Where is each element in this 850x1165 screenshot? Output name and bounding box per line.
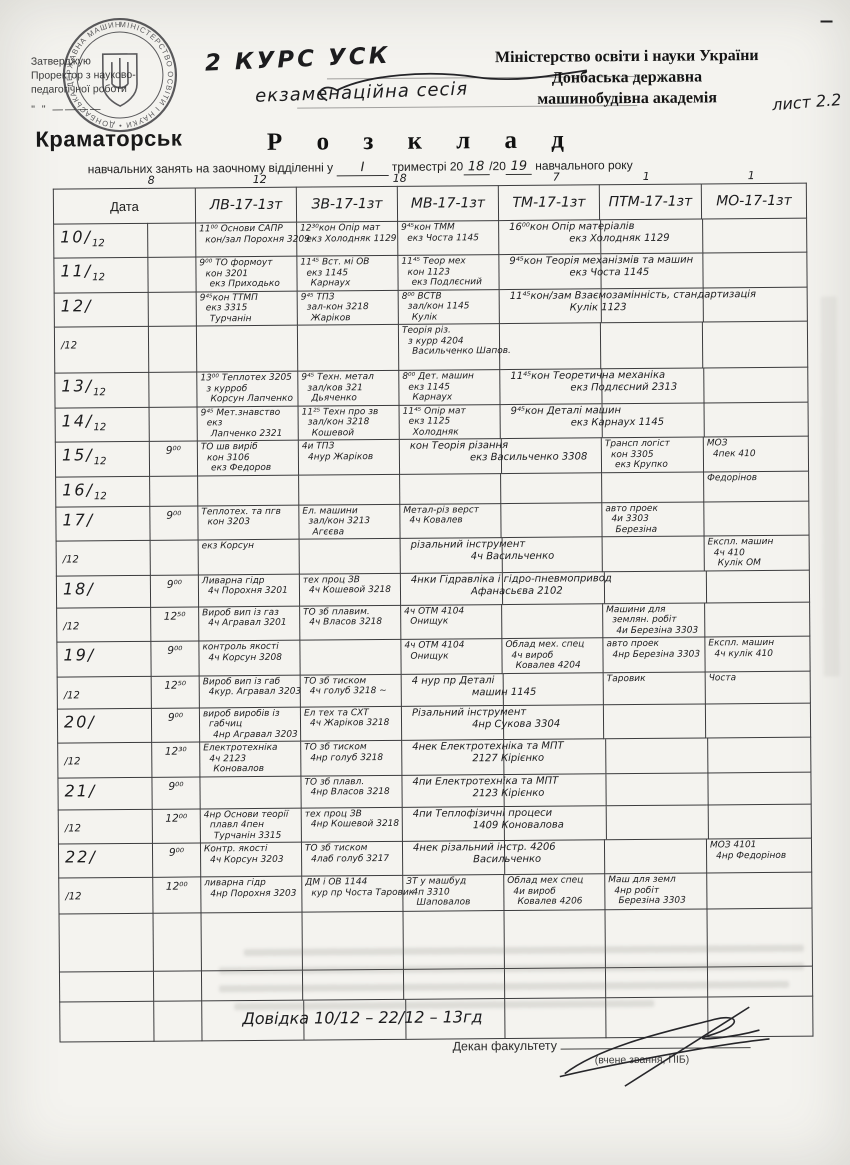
- ministry-block: Міністерство освіти і науки України Донб…: [427, 44, 827, 110]
- time-cell: [148, 291, 196, 326]
- date-cell: 21/: [58, 777, 152, 810]
- date-cell: /12: [57, 607, 151, 642]
- schedule-row: 17/9⁰⁰Теплотех. та пгвкон 3203Ел. машини…: [56, 501, 809, 541]
- schedule-cell: [502, 603, 603, 638]
- schedule-cell: Таровик: [603, 671, 705, 704]
- schedule-cell: [200, 776, 301, 809]
- schedule-cell: різальний інструмент4ч Васильченко: [400, 537, 602, 573]
- bleed-through-margin: [821, 296, 840, 676]
- date-cell: /12: [54, 326, 148, 373]
- schedule-cell: 9⁴⁵ Техн. металзал/ков 321Дьяченко: [298, 370, 399, 405]
- scanned-schedule-page: Затверджую Проректор з науково- педагогі…: [0, 0, 850, 1165]
- schedule-table: Дата ЛВ-17-1зтЗВ-17-1зтМВ-17-1зтТМ-17-1з…: [53, 183, 814, 1043]
- schedule-cell: Експл. машин4ч 410Кулік ОМ: [704, 535, 809, 570]
- schedule-cell: [605, 909, 707, 968]
- schedule-cell: Чоста: [705, 671, 810, 704]
- schedule-cell: [705, 602, 810, 637]
- schedule-cell: Електротехніка4ч 2123Коновалов: [200, 741, 301, 776]
- schedule-row: 15/129⁰⁰ТО шв вирібкон 3106екз Федоров4и…: [55, 436, 808, 476]
- schedule-cell: [302, 911, 403, 970]
- schedule-cell: [501, 502, 602, 537]
- schedule-cell: [201, 912, 302, 971]
- group-count-mark: 12: [253, 173, 267, 186]
- year1-blank: 18: [463, 159, 489, 175]
- schedule-cell: Вироб вип із газ4ч Агравал 3201: [199, 606, 300, 641]
- schedule-cell: [704, 501, 809, 536]
- time-cell: 12⁵⁰: [151, 675, 199, 707]
- schedule-cell: Метал-різ верст4ч Ковалев: [400, 503, 501, 538]
- schedule-cell: ливарна гідр4нр Порохня 3203: [201, 876, 302, 913]
- schedule-cell: 4 нур пр Деталімашин 1145: [401, 672, 603, 706]
- time-cell: 9⁰⁰: [152, 843, 200, 877]
- trimester-blank: І: [336, 160, 388, 176]
- dean-label: Декан факультету: [453, 1039, 557, 1054]
- schedule-cell: Експл. машин4ч кулік 410: [705, 636, 810, 671]
- schedule-cell: [198, 475, 299, 506]
- schedule-cell: тех проц ЗВ4нр Кошевой 3218: [301, 807, 402, 842]
- schedule-cell: 13⁰⁰ Теплотех 3205з курробКорсун Лапченк…: [197, 371, 298, 406]
- date-cell: 20/: [57, 708, 151, 743]
- schedule-cell: 11⁴⁵ Вст. мі ОВекз 1145Карнаух: [297, 255, 398, 290]
- schedule-cell: 9⁴⁵кон ТТМПекз 3315Турчанін: [196, 291, 297, 326]
- schedule-cell: Федорінов: [704, 471, 809, 502]
- schedule-cell: Облад мех спец4и виробКовалев 4206: [504, 874, 605, 911]
- group-column-header: ТМ-17-1зт: [498, 185, 599, 221]
- schedule-cell: 4ч ОТМ 4104Онищук: [401, 604, 502, 639]
- schedule-cell: [705, 703, 810, 738]
- group-column-header: МВ-17-1зт: [397, 186, 498, 222]
- schedule-cell: [501, 472, 602, 503]
- time-cell: 9⁰⁰: [151, 641, 199, 676]
- date-cell: /12: [58, 742, 152, 777]
- schedule-cell: 11²⁵ Техн про звзал/кон 3218Кошевой: [298, 405, 399, 440]
- schedule-cell: 9⁴⁵кон Теорія механізмів та машинекз Чос…: [499, 252, 807, 289]
- schedule-row: 19/9⁰⁰контроль якості4ч Корсун 32084ч ОТ…: [57, 636, 810, 676]
- schedule-cell: 8⁰⁰ ВСТВзал/кон 1145Кулік: [398, 289, 499, 324]
- group-column-header: ЛВ-17-1зт: [195, 187, 296, 223]
- schedule-cell: 11⁴⁵кон/зам Взаємозамінність, стандартиз…: [499, 287, 807, 324]
- schedule-cell: 4пи Теплофізичні процеси1409 Коновалова: [402, 804, 811, 842]
- schedule-cell: [297, 324, 398, 371]
- schedule-row: /12екз Корсунрізальний інструмент4ч Васи…: [56, 535, 809, 575]
- schedule-cell: МОЗ 41014нр Федорінов: [706, 838, 811, 873]
- schedule-cell: 11⁴⁵ Теор мехкон 1123екз Подлєсний: [398, 255, 499, 290]
- svg-text:МІНІСТЕРСТВО ОСВІТИ І НАУКИ •: МІНІСТЕРСТВО ОСВІТИ І НАУКИ • ДОНБАСЬКА …: [51, 3, 176, 131]
- schedule-cell: авто проек4нр Березіна 3303: [603, 637, 705, 672]
- schedule-cell: ДМ і ОВ 1144кур пр Чоста Таровик: [302, 875, 403, 912]
- schedule-cell: ТО зб плавл.4нр Власов 3218: [301, 775, 402, 808]
- schedule-cell: Маш для земл4нр робітБерезіна 3303: [605, 873, 707, 910]
- schedule-cell: Ел. машинизал/кон 3213Агєєва: [299, 504, 400, 539]
- schedule-row: 14/129⁴⁵ Мет.знавствоекзЛапченко 232111²…: [55, 402, 808, 442]
- date-cell: 18/: [56, 575, 150, 608]
- schedule-row: 11/129⁰⁰ ТО формоуткон 3201екз Приходько…: [54, 252, 807, 292]
- time-cell: 9⁰⁰: [150, 505, 198, 540]
- schedule-cell: 8⁰⁰ Дет. машинекз 1145Карнаух: [399, 370, 500, 405]
- schedule-cell: 9⁰⁰ ТО формоуткон 3201екз Приходько: [196, 256, 297, 291]
- date-cell: 19/: [57, 641, 151, 676]
- group-count-mark: 1: [643, 170, 650, 183]
- schedule-cell: вироб виробів ізгабчиц4нр Агравал 3203: [199, 707, 300, 742]
- schedule-cell: кон Теорія різанняекз Васильченко 3308: [399, 438, 601, 474]
- schedule-cell: авто проек4и 3303Березіна: [602, 501, 704, 536]
- schedule-cell: Ливарна гідр4ч Порохня 3201: [198, 574, 299, 607]
- schedule-cell: [602, 536, 704, 571]
- page-corner-mark: [821, 20, 833, 22]
- schedule-table-wrap: Дата ЛВ-17-1зтЗВ-17-1зтМВ-17-1зтТМ-17-1з…: [53, 183, 813, 1043]
- schedule-cell: 4и ТПЗ4нур Жаріков: [298, 439, 399, 474]
- schedule-cell: 4нек Електротехніка та МПТ2127 Кірієнко: [402, 737, 811, 775]
- schedule-cell: 4нки Гідравліка і гідро-пневмоприводАфан…: [400, 570, 809, 605]
- date-cell: [59, 913, 153, 972]
- date-cell: 14/12: [55, 407, 149, 442]
- academy-round-stamp-icon: МІНІСТЕРСТВО ОСВІТИ І НАУКИ • ДОНБАСЬКА …: [54, 10, 185, 141]
- schedule-cell: Трансп логісткон 3305екз Крупко: [601, 437, 703, 472]
- schedule-cell: Теорія різ.з курр 4204Васильченко Шапов.: [398, 324, 499, 371]
- schedule-cell: [707, 872, 812, 909]
- date-cell: 13/12: [55, 372, 149, 407]
- time-cell: 12⁰⁰: [152, 808, 200, 843]
- schedule-cell: 16⁰⁰кон Опір матеріалівекз Холодняк 1129: [499, 218, 807, 254]
- schedule-cell: екз Корсун: [198, 539, 299, 574]
- group-count-mark: 8: [148, 174, 155, 187]
- date-cell: /12: [57, 676, 151, 709]
- group-count-mark: 18: [393, 172, 407, 185]
- date-cell: 10/12: [54, 223, 148, 258]
- schedule-cell: 9⁴⁵ ТПЗзал-кон 3218Жаріков: [297, 290, 398, 325]
- schedule-cell: [600, 322, 702, 369]
- group-column-header: ПТМ-17-1зт: [599, 184, 701, 220]
- date-cell: /12: [58, 809, 152, 844]
- time-cell: [150, 540, 198, 575]
- schedule-row: 12/9⁴⁵кон ТТМПекз 3315Турчанін9⁴⁵ ТПЗзал…: [54, 287, 807, 327]
- schedule-row: 20/9⁰⁰вироб виробів ізгабчиц4нр Агравал …: [57, 703, 810, 743]
- time-cell: [150, 475, 198, 505]
- time-cell: 9⁰⁰: [150, 574, 198, 606]
- date-cell: [60, 1001, 154, 1042]
- schedule-cell: 4пи Електротехніка та МПТ2123 Кірієнко: [402, 772, 811, 807]
- group-column-header: МО-17-1зт: [701, 183, 806, 219]
- schedule-cell: 4нр Основи теоріїплавл 4пенТурчанін 3315: [200, 808, 301, 843]
- date-cell: 12/: [54, 292, 148, 327]
- stamp-ring-text: МІНІСТЕРСТВО ОСВІТИ І НАУКИ • ДОНБАСЬКА …: [51, 3, 176, 131]
- schedule-row: /1212³⁰Електротехніка4ч 2123КоноваловТО …: [58, 737, 811, 777]
- schedule-cell: 12³⁰кон Опір матекз Холодняк 1129: [297, 221, 398, 256]
- group-count-mark: 1: [748, 169, 755, 182]
- schedule-row: [59, 908, 812, 972]
- schedule-cell: контроль якості4ч Корсун 3208: [199, 640, 300, 675]
- schedule-cell: [403, 911, 504, 970]
- schedule-cell: 4нек різальний інстр. 4206Васильченко: [402, 840, 604, 876]
- group-count-mark: 7: [553, 171, 560, 184]
- schedule-cell: [299, 474, 400, 505]
- date-cell: 17/: [56, 506, 150, 541]
- date-cell: [59, 971, 153, 1002]
- schedule-row: /12Теорія різ.з курр 4204Васильченко Шап…: [54, 321, 807, 373]
- schedule-row: /1212⁰⁰ливарна гідр4нр Порохня 3203ДМ і …: [59, 872, 812, 914]
- ministry-line: машинобудівна академія: [427, 86, 827, 110]
- subtitle: навчальних занять на заочному відділенні…: [88, 158, 633, 178]
- time-cell: 9⁰⁰: [152, 776, 200, 808]
- time-cell: 12⁰⁰: [153, 877, 201, 913]
- dean-signature-stroke: [544, 997, 775, 1089]
- schedule-cell: [702, 321, 807, 368]
- schedule-cell: Контр. якості4ч Корсун 3203: [200, 842, 301, 877]
- time-cell: [153, 913, 201, 971]
- time-cell: 12³⁰: [152, 742, 200, 777]
- schedule-cell: Облад мех. спец4ч виробКовалев 4204: [502, 638, 603, 673]
- page-title: Р о з к л а д: [0, 124, 848, 159]
- trident-emblem-icon: [103, 54, 137, 106]
- schedule-cell: 4ч ОТМ 4104Онищук: [401, 639, 502, 674]
- schedule-cell: ТО зб тиском4нр голуб 3218: [301, 740, 402, 775]
- schedule-cell: [707, 908, 812, 967]
- handwritten-sheet-number: лист 2.2: [772, 90, 843, 114]
- time-cell: 9⁰⁰: [149, 441, 197, 476]
- time-cell: 12⁵⁰: [151, 606, 199, 641]
- schedule-row: /1212⁰⁰4нр Основи теоріїплавл 4пенТурчан…: [58, 804, 811, 844]
- schedule-row: 13/1213⁰⁰ Теплотех 3205з курробКорсун Ла…: [55, 367, 808, 407]
- schedule-cell: [299, 538, 400, 573]
- time-cell: [149, 406, 197, 441]
- schedule-cell: 11⁴⁵ Опір матекз 1125Холодняк: [399, 404, 500, 439]
- date-cell: 22/: [58, 843, 152, 878]
- time-cell: [148, 326, 196, 372]
- schedule-cell: Ел тех та СХТ4ч Жаріков 3218: [300, 706, 401, 741]
- schedule-row: /1212⁵⁰Вироб вип із газ4ч Агравал 3201ТО…: [57, 602, 810, 642]
- year2-blank: 19: [506, 159, 532, 175]
- date-column-header: Дата: [53, 188, 195, 224]
- schedule-cell: [602, 471, 704, 502]
- date-cell: 11/12: [54, 257, 148, 292]
- schedule-cell: [604, 839, 706, 874]
- time-cell: [148, 257, 196, 292]
- time-cell: [148, 223, 196, 257]
- schedule-cell: ТО зб плавим.4ч Власов 3218: [300, 605, 401, 640]
- schedule-cell: 9⁴⁵кон Деталі машинекз Карнаух 1145: [500, 402, 808, 439]
- schedule-cell: ТО шв вирібкон 3106екз Федоров: [197, 440, 298, 475]
- schedule-cell: 11⁰⁰ Основи САПРкон/зал Порохня 3209: [196, 222, 297, 257]
- schedule-cell: Теплотех. та пгвкон 3203: [198, 505, 299, 540]
- time-cell: 9⁰⁰: [151, 707, 199, 742]
- schedule-cell: 9⁴⁵кон ТММекз Чоста 1145: [398, 221, 499, 256]
- time-cell: [154, 1001, 202, 1041]
- schedule-cell: ЗТ у машбуд4п 3310Шаповалов: [403, 875, 504, 912]
- schedule-cell: [504, 910, 605, 969]
- schedule-cell: [300, 639, 401, 674]
- schedule-cell: тех проц ЗВ4ч Кошевой 3218: [299, 573, 400, 606]
- group-column-header: ЗВ-17-1зт: [296, 186, 397, 222]
- date-cell: 16/12: [56, 476, 150, 507]
- schedule-cell: ТО зб тиском4лаб голуб 3217: [301, 841, 402, 876]
- date-cell: /12: [59, 877, 153, 914]
- schedule-cell: [603, 703, 705, 738]
- schedule-cell: 11⁴⁵кон Теоретична механікаекз Подлєсний…: [500, 367, 808, 404]
- schedule-cell: Машини дляземлян. робіт4и Березіна 3303: [603, 602, 705, 637]
- schedule-cell: [196, 325, 297, 372]
- group-count-marks: 81218711: [0, 0, 846, 3]
- date-cell: 15/12: [55, 441, 149, 476]
- schedule-cell: ТО зб тиском4ч голуб 3218 ~: [300, 674, 401, 707]
- schedule-cell: Вироб вип із габ4кур. Агравал 3203: [199, 675, 300, 708]
- time-cell: [149, 372, 197, 407]
- schedule-cell: Різальний інструмент4нр Сукова 3304: [401, 704, 603, 740]
- date-cell: /12: [56, 540, 150, 575]
- schedule-cell: МОЗ4пек 410: [703, 436, 808, 471]
- schedule-cell: [400, 473, 501, 504]
- time-cell: [153, 971, 201, 1001]
- schedule-cell: 9⁴⁵ Мет.знавствоекзЛапченко 2321: [197, 406, 298, 441]
- schedule-cell: [499, 323, 600, 370]
- table-header-row: Дата ЛВ-17-1зтЗВ-17-1зтМВ-17-1зтТМ-17-1з…: [53, 183, 806, 224]
